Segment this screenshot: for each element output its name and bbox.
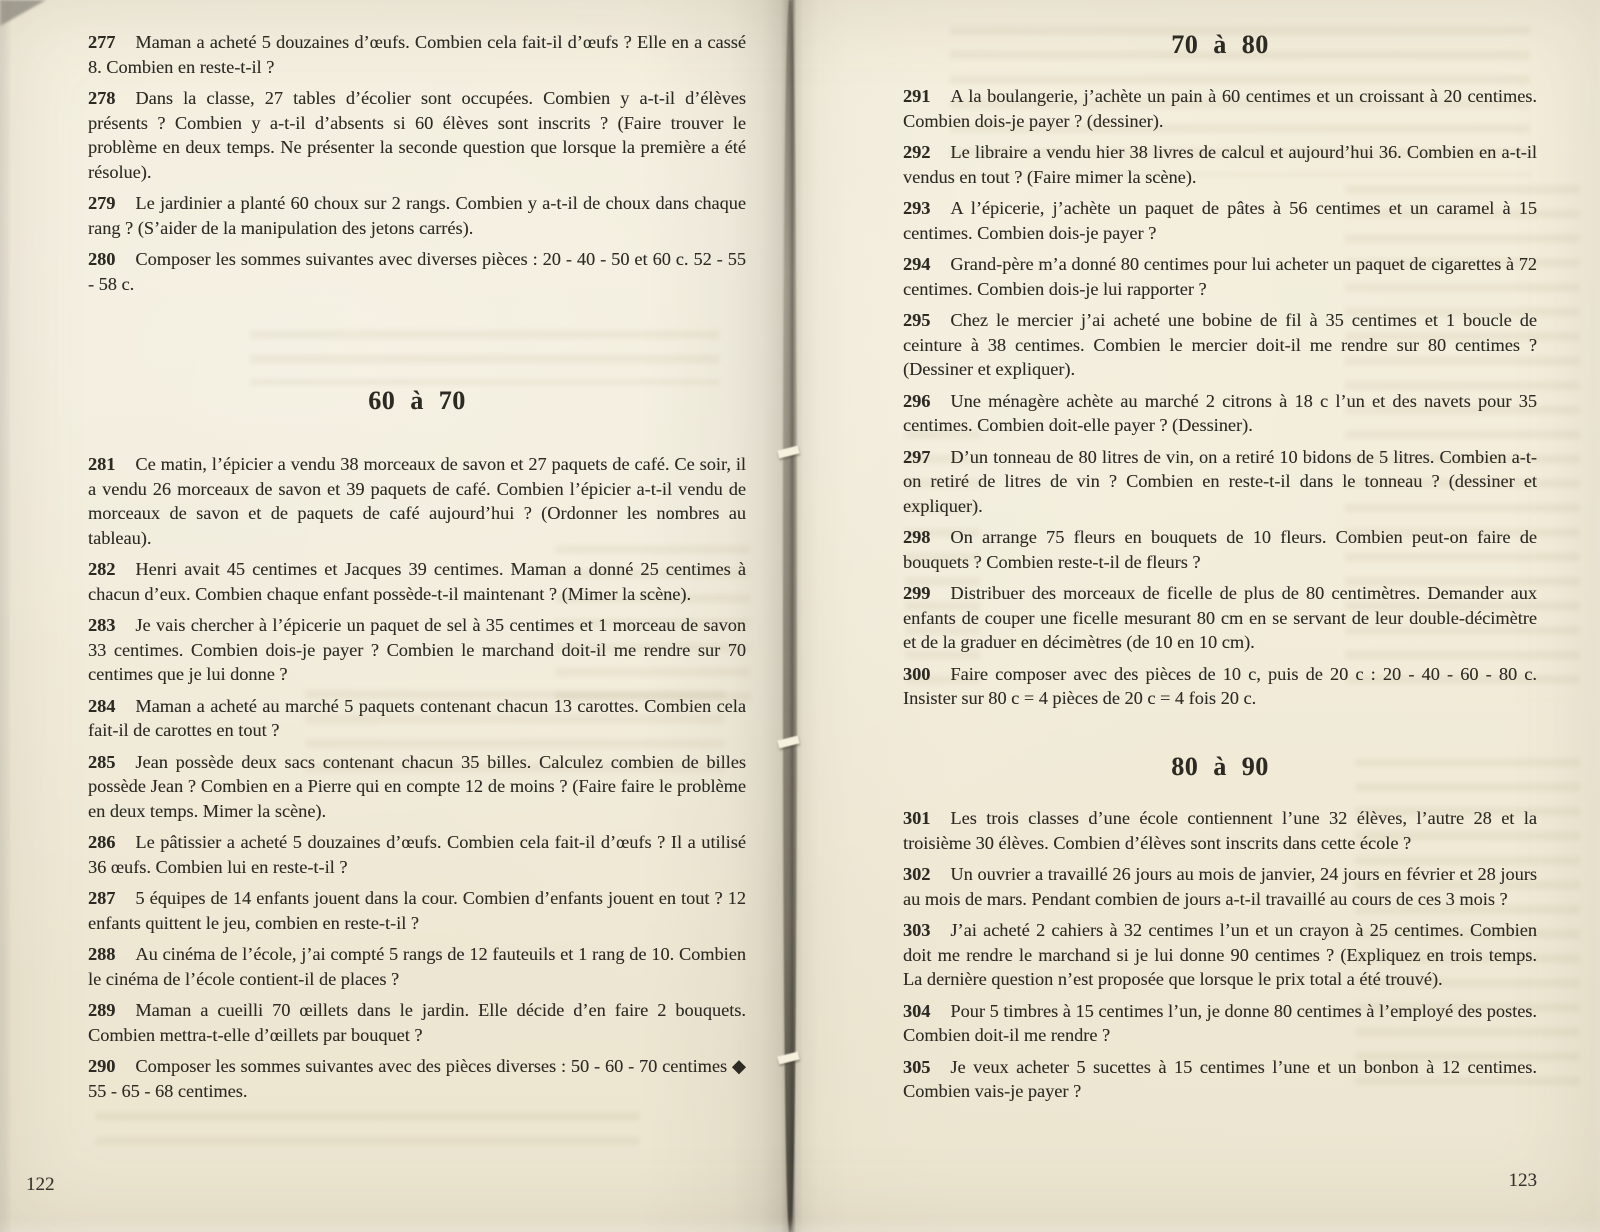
exercise-number: 303	[903, 920, 930, 940]
exercise-number: 287	[88, 888, 115, 908]
exercise-paragraph: 297D’un tonneau de 80 litres de vin, on …	[903, 445, 1537, 519]
exercise-paragraph: 277Maman a acheté 5 douzaines d’œufs. Co…	[88, 30, 746, 79]
exercise-number: 288	[88, 944, 115, 964]
right-page: 70 à 80 291A la boulangerie, j’achète un…	[800, 0, 1600, 1232]
exercise-number: 301	[903, 808, 930, 828]
exercise-number: 285	[88, 752, 115, 772]
exercise-text: Une ménagère achète au marché 2 citrons …	[903, 391, 1537, 436]
exercise-text: D’un tonneau de 80 litres de vin, on a r…	[903, 447, 1537, 516]
exercise-number: 283	[88, 615, 115, 635]
exercise-number: 299	[903, 583, 930, 603]
exercise-paragraph: 291A la boulangerie, j’achète un pain à …	[903, 84, 1537, 133]
exercise-number: 300	[903, 664, 930, 684]
exercise-number: 304	[903, 1001, 930, 1021]
page-number-left: 122	[26, 1174, 55, 1196]
exercise-text: Les trois classes d’une école contiennen…	[903, 808, 1537, 853]
exercise-paragraph: 283Je vais chercher à l’épicerie un paqu…	[88, 613, 746, 687]
exercise-text: Le libraire a vendu hier 38 livres de ca…	[903, 142, 1537, 187]
section-heading-70-80: 70 à 80	[903, 30, 1537, 60]
exercise-paragraph: 300Faire composer avec des pièces de 10 …	[903, 662, 1537, 711]
exercise-text: Maman a acheté 5 douzaines d’œufs. Combi…	[88, 32, 746, 77]
section-heading-60-70: 60 à 70	[88, 386, 746, 416]
exercise-paragraph: 285Jean possède deux sacs contenant chac…	[88, 750, 746, 824]
exercise-paragraph: 289Maman a cueilli 70 œillets dans le ja…	[88, 998, 746, 1047]
exercise-paragraph: 293A l’épicerie, j’achète un paquet de p…	[903, 196, 1537, 245]
exercise-paragraph: 284Maman a acheté au marché 5 paquets co…	[88, 694, 746, 743]
exercise-paragraph: 296Une ménagère achète au marché 2 citro…	[903, 389, 1537, 438]
exercise-text: Ce matin, l’épicier a vendu 38 morceaux …	[88, 454, 746, 548]
exercise-text: A l’épicerie, j’achète un paquet de pâte…	[903, 198, 1537, 243]
section-heading-80-90: 80 à 90	[903, 752, 1537, 782]
exercise-number: 296	[903, 391, 930, 411]
exercise-number: 278	[88, 88, 115, 108]
exercise-text: Dans la classe, 27 tables d’écolier sont…	[88, 88, 746, 182]
page-number-right: 123	[903, 1170, 1537, 1192]
exercise-text: Chez le mercier j’ai acheté une bobine d…	[903, 310, 1537, 379]
exercise-text: Jean possède deux sacs contenant chacun …	[88, 752, 746, 821]
exercise-number: 289	[88, 1000, 115, 1020]
exercise-number: 284	[88, 696, 115, 716]
exercise-paragraph: 281Ce matin, l’épicier a vendu 38 morcea…	[88, 452, 746, 550]
page-edge-shadow	[0, 0, 12, 1232]
exercise-paragraph: 295Chez le mercier j’ai acheté une bobin…	[903, 308, 1537, 382]
exercise-text: Un ouvrier a travaillé 26 jours au mois …	[903, 864, 1537, 909]
exercise-paragraph: 290Composer les sommes suivantes avec de…	[88, 1054, 746, 1103]
exercise-number: 297	[903, 447, 930, 467]
exercise-text: Henri avait 45 centimes et Jacques 39 ce…	[88, 559, 746, 604]
exercise-paragraph: 298On arrange 75 fleurs en bouquets de 1…	[903, 525, 1537, 574]
exercise-text: 5 équipes de 14 enfants jouent dans la c…	[88, 888, 746, 933]
exercise-number: 280	[88, 249, 115, 269]
exercise-paragraph: 294Grand-père m’a donné 80 centimes pour…	[903, 252, 1537, 301]
exercise-paragraph: 280Composer les sommes suivantes avec di…	[88, 247, 746, 296]
exercise-paragraph: 286Le pâtissier a acheté 5 douzaines d’œ…	[88, 830, 746, 879]
exercise-text: Pour 5 timbres à 15 centimes l’un, je do…	[903, 1001, 1537, 1046]
exercise-number: 277	[88, 32, 115, 52]
exercise-block-291-300: 291A la boulangerie, j’achète un pain à …	[903, 84, 1537, 711]
book-spread: 277Maman a acheté 5 douzaines d’œufs. Co…	[0, 0, 1600, 1232]
exercise-text: Je veux acheter 5 sucettes à 15 centimes…	[903, 1057, 1537, 1102]
exercise-text: On arrange 75 fleurs en bouquets de 10 f…	[903, 527, 1537, 572]
exercise-paragraph: 2875 équipes de 14 enfants jouent dans l…	[88, 886, 746, 935]
exercise-block-277-280: 277Maman a acheté 5 douzaines d’œufs. Co…	[88, 30, 746, 296]
exercise-number: 279	[88, 193, 115, 213]
exercise-number: 298	[903, 527, 930, 547]
exercise-text: Maman a cueilli 70 œillets dans le jardi…	[88, 1000, 746, 1045]
exercise-block-301-305: 301Les trois classes d’une école contien…	[903, 806, 1537, 1104]
exercise-text: Le pâtissier a acheté 5 douzaines d’œufs…	[88, 832, 746, 877]
exercise-text: Grand-père m’a donné 80 centimes pour lu…	[903, 254, 1537, 299]
exercise-number: 286	[88, 832, 115, 852]
exercise-paragraph: 304Pour 5 timbres à 15 centimes l’un, je…	[903, 999, 1537, 1048]
exercise-number: 294	[903, 254, 930, 274]
exercise-paragraph: 302Un ouvrier a travaillé 26 jours au mo…	[903, 862, 1537, 911]
exercise-paragraph: 305Je veux acheter 5 sucettes à 15 centi…	[903, 1055, 1537, 1104]
exercise-text: Maman a acheté au marché 5 paquets conte…	[88, 696, 746, 741]
exercise-paragraph: 299Distribuer des morceaux de ficelle de…	[903, 581, 1537, 655]
exercise-paragraph: 282Henri avait 45 centimes et Jacques 39…	[88, 557, 746, 606]
exercise-text: Au cinéma de l’école, j’ai compté 5 rang…	[88, 944, 746, 989]
exercise-text: Le jardinier a planté 60 choux sur 2 ran…	[88, 193, 746, 238]
exercise-text: J’ai acheté 2 cahiers à 32 centimes l’un…	[903, 920, 1537, 989]
exercise-number: 282	[88, 559, 115, 579]
exercise-number: 290	[88, 1056, 115, 1076]
exercise-text: Faire composer avec des pièces de 10 c, …	[903, 664, 1537, 709]
exercise-text: Composer les sommes suivantes avec des p…	[88, 1056, 746, 1101]
left-page: 277Maman a acheté 5 douzaines d’œufs. Co…	[0, 0, 800, 1232]
exercise-paragraph: 279Le jardinier a planté 60 choux sur 2 …	[88, 191, 746, 240]
exercise-paragraph: 278Dans la classe, 27 tables d’écolier s…	[88, 86, 746, 184]
exercise-paragraph: 303J’ai acheté 2 cahiers à 32 centimes l…	[903, 918, 1537, 992]
exercise-number: 292	[903, 142, 930, 162]
exercise-paragraph: 301Les trois classes d’une école contien…	[903, 806, 1537, 855]
exercise-number: 295	[903, 310, 930, 330]
exercise-number: 302	[903, 864, 930, 884]
exercise-number: 281	[88, 454, 115, 474]
exercise-number: 291	[903, 86, 930, 106]
exercise-number: 305	[903, 1057, 930, 1077]
exercise-text: Distribuer des morceaux de ficelle de pl…	[903, 583, 1537, 652]
exercise-text: Composer les sommes suivantes avec diver…	[88, 249, 746, 294]
exercise-paragraph: 292Le libraire a vendu hier 38 livres de…	[903, 140, 1537, 189]
exercise-number: 293	[903, 198, 930, 218]
exercise-block-281-290: 281Ce matin, l’épicier a vendu 38 morcea…	[88, 452, 746, 1103]
exercise-text: Je vais chercher à l’épicerie un paquet …	[88, 615, 746, 684]
exercise-text: A la boulangerie, j’achète un pain à 60 …	[903, 86, 1537, 131]
exercise-paragraph: 288Au cinéma de l’école, j’ai compté 5 r…	[88, 942, 746, 991]
